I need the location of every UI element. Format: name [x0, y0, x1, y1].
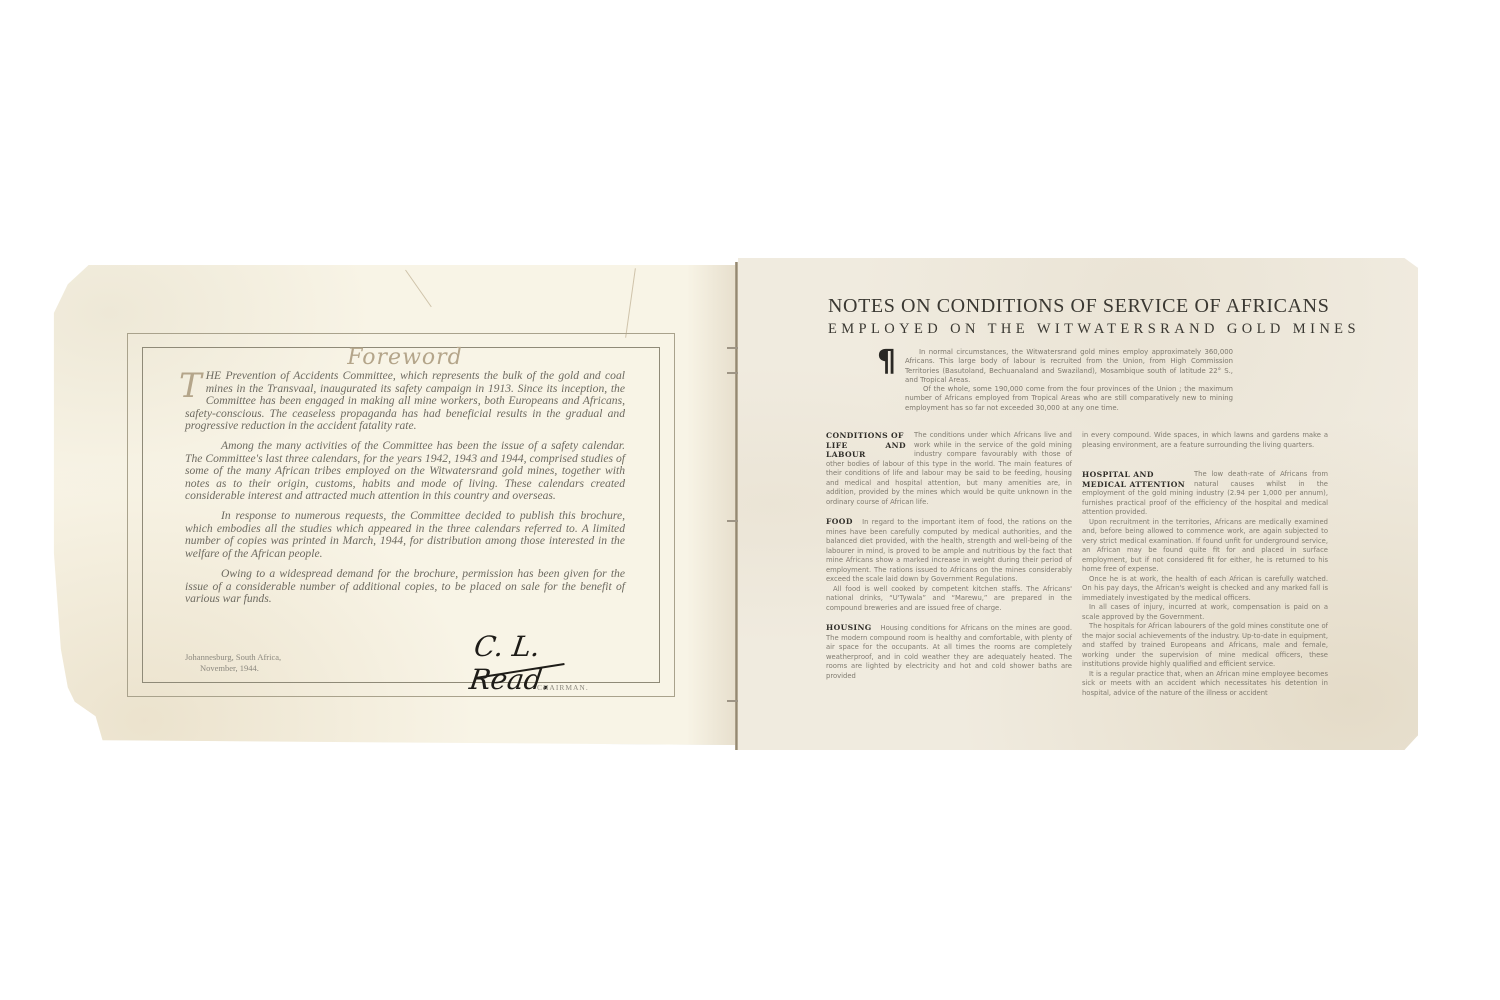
place-and-date: Johannesburg, South Africa, November, 19… [185, 652, 281, 674]
section-heading: FOOD [826, 517, 853, 526]
left-column: CONDITIONS OF LIFE AND LABOUR The condit… [826, 431, 1072, 691]
section-paragraph: It is a regular practice that, when an A… [1082, 670, 1328, 699]
section-paragraph: All food is well cooked by competent kit… [826, 585, 1072, 614]
section-housing: HOUSING Housing conditions for Africans … [826, 623, 1072, 681]
section-paragraph: Once he is at work, the health of each A… [1082, 575, 1328, 604]
section-heading: CONDITIONS OF LIFE AND LABOUR [826, 431, 906, 460]
section-life-and-labour: CONDITIONS OF LIFE AND LABOUR The condit… [826, 431, 1072, 507]
notes-title: NOTES ON CONDITIONS OF SERVICE OF AFRICA… [828, 294, 1328, 338]
intro-paragraph: In normal circumstances, the Witwatersra… [905, 348, 1233, 385]
section-paragraph: In all cases of injury, incurred at work… [1082, 603, 1328, 622]
signatory-title: CHAIRMAN. [537, 683, 589, 692]
foreword-footer: Johannesburg, South Africa, November, 19… [185, 640, 625, 700]
foreword-paragraph: Among the many activities of the Committ… [185, 440, 625, 502]
section-paragraph: In regard to the important item of food,… [826, 518, 1072, 583]
section-housing-continued: in every compound. Wide spaces, in which… [1082, 431, 1328, 450]
foreword-paragraph: In response to numerous requests, the Co… [185, 510, 625, 560]
foreword: Foreword THE Prevention of Accidents Com… [185, 352, 625, 613]
intro-text: In normal circumstances, the Witwatersra… [905, 348, 1233, 413]
foreword-paragraph: THE Prevention of Accidents Committee, w… [185, 370, 625, 432]
section-paragraph: Housing conditions for Africans on the m… [826, 624, 1072, 680]
intro-paragraph: Of the whole, some 190,000 come from the… [905, 385, 1233, 413]
foreword-title: Foreword [185, 352, 625, 364]
section-paragraph: Upon recruitment in the territories, Afr… [1082, 518, 1328, 575]
section-paragraph: in every compound. Wide spaces, in which… [1082, 431, 1328, 450]
section-food: FOOD In regard to the important item of … [826, 517, 1072, 613]
right-column: in every compound. Wide spaces, in which… [1082, 431, 1328, 708]
title-line-2: EMPLOYED ON THE WITWATERSRAND GOLD MINES [828, 320, 1328, 338]
title-line-1: NOTES ON CONDITIONS OF SERVICE OF AFRICA… [828, 294, 1328, 318]
place: Johannesburg, South Africa, [185, 652, 281, 663]
section-heading: HOUSING [826, 623, 872, 632]
open-brochure-spread: Foreword THE Prevention of Accidents Com… [0, 0, 1500, 1000]
section-paragraph: The hospitals for African labourers of t… [1082, 622, 1328, 670]
foreword-paragraph: Owing to a widespread demand for the bro… [185, 568, 625, 605]
binding-spine [735, 262, 738, 750]
section-heading: HOSPITAL AND MEDICAL ATTENTION [1082, 470, 1186, 489]
drop-cap: T [179, 372, 202, 400]
pilcrow-icon: ¶ [877, 344, 896, 379]
date: November, 1944. [185, 663, 281, 674]
section-hospital: HOSPITAL AND MEDICAL ATTENTION The low d… [1082, 470, 1328, 698]
